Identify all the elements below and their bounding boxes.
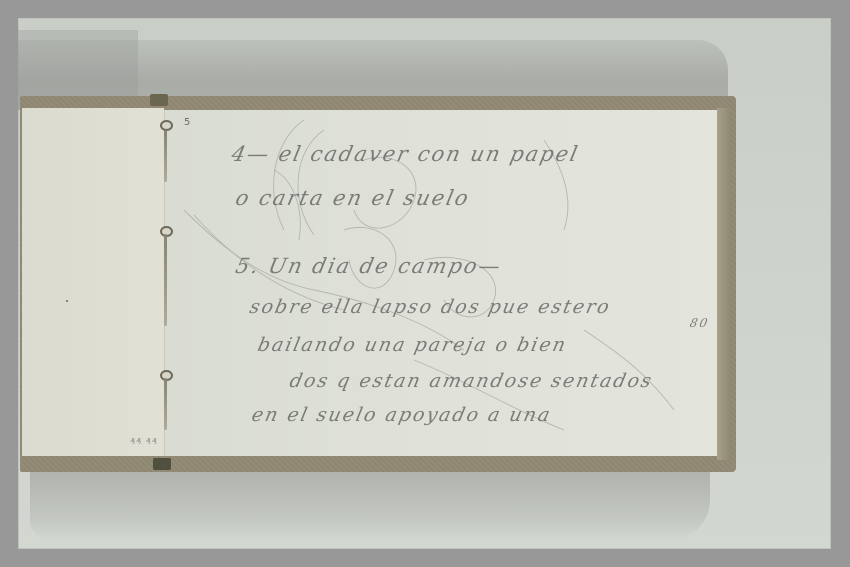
cover-wear [153, 458, 171, 470]
binding-thread [164, 234, 167, 326]
handwritten-line: en el suelo apoyado a una [250, 404, 554, 426]
paper-speck [66, 300, 68, 302]
page-number: 5 [184, 117, 190, 128]
inscription: ₰₰ ₰₰ [130, 437, 158, 446]
binding-thread [164, 130, 167, 182]
margin-note: 80 [689, 316, 711, 330]
cover-edge [717, 108, 731, 460]
shadow [30, 470, 710, 540]
handwritten-line: 4— el cadaver con un papel [229, 142, 581, 166]
cover-wear [150, 94, 168, 106]
binding-hole [160, 120, 173, 131]
left-page [22, 108, 164, 456]
handwritten-line: sobre ella lapso dos pue estero [248, 296, 613, 318]
handwritten-line: o carta en el suelo [233, 186, 472, 210]
handwritten-line: 5. Un dia de campo— [233, 254, 504, 278]
handwritten-line: bailando una pareja o bien [256, 334, 570, 356]
binding-thread [164, 378, 167, 430]
handwritten-line: dos q estan amandose sentados [288, 370, 656, 392]
